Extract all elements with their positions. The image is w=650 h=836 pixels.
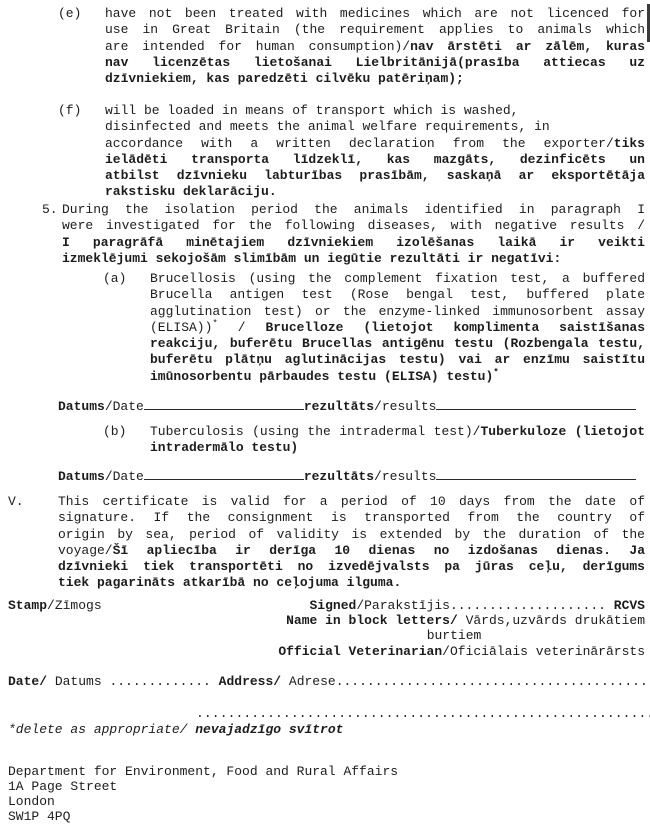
clause-f: (f) will be loaded in means of transport… xyxy=(0,103,645,201)
text-run: Stamp xyxy=(8,598,47,613)
date-blank-field xyxy=(144,466,304,480)
text-line: Date/ Datums ............. Address/ Adre… xyxy=(8,674,648,690)
text-line: dzīvniekiem, kas paredzēti cilvēku patēr… xyxy=(105,71,645,87)
text-line: disinfected and meets the animal welfare… xyxy=(105,119,645,135)
stamp-label-block: Stamp/Zīmogs xyxy=(8,598,102,614)
signature-block: Signed/Parakstījis.................... R… xyxy=(263,598,645,659)
text-run: Address/ xyxy=(219,674,281,689)
clause-e-text: have not been treated with medicines whi… xyxy=(105,6,645,87)
text-run: rakstisku deklarāciju. xyxy=(105,184,277,199)
text-run: /Parakstījis xyxy=(356,598,450,613)
text-line: ........................................… xyxy=(196,706,650,722)
results-blank-field xyxy=(436,396,636,410)
clause-e-label: (e) xyxy=(58,6,81,21)
text-run: tiks xyxy=(614,136,645,151)
text-run: Name in block letters/ xyxy=(286,613,458,628)
text-line: will be loaded in means of transport whi… xyxy=(105,103,645,119)
date-blank-field xyxy=(144,396,304,410)
text-run: have not been treated with medicines whi… xyxy=(105,6,645,21)
veterinary-certificate-page: (e) have not been treated with medicines… xyxy=(0,0,650,836)
text-run: will be loaded in means of transport whi… xyxy=(105,103,518,118)
text-run: nav ārstēti ar zālēm, kuras xyxy=(410,39,645,54)
text-run: ............. xyxy=(109,674,210,689)
text-run: *delete as appropriate/ xyxy=(8,722,195,737)
text-line: atbilst dzīvnieku labturības prasībām, s… xyxy=(105,168,645,184)
text-run: During the isolation period the animals … xyxy=(62,202,645,217)
text-run: ielādēti transporta līdzeklī, kas mazgāt… xyxy=(105,152,645,167)
text-run: /Zīmogs xyxy=(47,598,102,613)
text-run: buferētu plātņu aglutinācijas testu) vai… xyxy=(150,352,645,367)
paragraph-5: 5. During the isolation period the anima… xyxy=(0,202,645,267)
text-run: atbilst dzīvnieku labturības prasībām, s… xyxy=(105,168,645,183)
text-line: This certificate is valid for a period o… xyxy=(58,494,645,510)
clause-a-text: Brucellosis (using the complement fixati… xyxy=(150,271,645,385)
datums-label: Datums xyxy=(58,399,105,414)
text-run: nevajadzīgo svītrot xyxy=(195,722,343,737)
clause-a: (a) Brucellosis (using the complement fi… xyxy=(0,271,645,385)
text-run: I paragrāfā minētajiem dzīvniekiem izolē… xyxy=(62,235,645,250)
text-run: signature. If the consignment is transpo… xyxy=(58,510,645,525)
text-run: are intended for human consumption)/ xyxy=(105,39,410,54)
clause-b: (b) Tuberculosis (using the intradermal … xyxy=(0,424,645,457)
text-run: Brucelloze (lietojot komplimenta saistīš… xyxy=(265,320,645,335)
text-run: SW1P 4PQ xyxy=(8,809,70,824)
date-results-row-2: Datums/Daterezultāts/results xyxy=(58,466,645,485)
rezultats-label: rezultāts xyxy=(304,399,374,414)
text-run: dzīvnieki tiek transportēti no izvedējva… xyxy=(58,559,645,574)
text-run xyxy=(211,674,219,689)
text-run: accordance with a written declaration fr… xyxy=(105,136,614,151)
text-run: Šī apliecība ir derīga 10 dienas no izdo… xyxy=(113,543,645,558)
text-line: Official Veterinarian/Oficiālais veterin… xyxy=(263,644,645,659)
results-label: /results xyxy=(374,469,436,484)
text-run: reakciju, buferētu Brucellas antigēnu te… xyxy=(150,336,645,351)
text-run: Date/ xyxy=(8,674,47,689)
text-run: (ELISA)) xyxy=(150,320,212,335)
text-run: This certificate is valid for a period o… xyxy=(58,494,645,509)
text-line: Signed/Parakstījis.................... R… xyxy=(263,598,645,613)
text-run: use in Great Britain (the requirement ap… xyxy=(105,22,645,37)
text-run: voyage/ xyxy=(58,543,113,558)
text-run: ........................................… xyxy=(196,706,650,721)
text-run: origin by sea, period of validity is ext… xyxy=(58,527,645,542)
paragraph-5-label: 5. xyxy=(42,202,58,217)
text-line: 1A Page Street xyxy=(8,779,398,794)
text-run: burtiem xyxy=(427,628,482,643)
text-run: dzīvniekiem, kas paredzēti cilvēku patēr… xyxy=(105,71,464,86)
text-line: origin by sea, period of validity is ext… xyxy=(58,527,645,543)
text-line: (ELISA))* / Brucelloze (lietojot komplim… xyxy=(150,320,645,336)
paragraph-V: V. This certificate is valid for a perio… xyxy=(0,494,645,592)
text-line: voyage/Šī apliecība ir derīga 10 dienas … xyxy=(58,543,645,559)
text-line: I paragrāfā minētajiem dzīvniekiem izolē… xyxy=(62,235,645,251)
text-run: were investigated for the following dise… xyxy=(62,218,645,233)
text-run: Datums xyxy=(47,674,109,689)
text-line: SW1P 4PQ xyxy=(8,809,398,824)
text-run: * xyxy=(493,367,498,377)
paragraph-V-text: This certificate is valid for a period o… xyxy=(58,494,645,592)
text-line: dzīvnieki tiek transportēti no izvedējva… xyxy=(58,559,645,575)
text-line: burtiem xyxy=(263,628,645,643)
datums-label: Datums xyxy=(58,469,105,484)
text-run: ........................................ xyxy=(336,674,648,689)
text-run: disinfected and meets the animal welfare… xyxy=(105,119,550,134)
address-dotted-line: ........................................… xyxy=(196,706,650,722)
text-line: agglutination test) or the enzyme-linked… xyxy=(150,304,645,320)
text-run: 1A Page Street xyxy=(8,779,117,794)
text-line: Stamp/Zīmogs xyxy=(8,598,102,614)
text-run: imūnosorbentu pārbaudes testu (ELISA) te… xyxy=(150,369,493,384)
text-run: nav licenzētas lietošanai Lielbritānijā(… xyxy=(105,55,645,70)
text-line: Brucellosis (using the complement fixati… xyxy=(150,271,645,287)
text-line: izmeklējumi sekojošām slimībām un iegūti… xyxy=(62,251,645,267)
text-run: / xyxy=(218,320,266,335)
paragraph-V-label: V. xyxy=(8,494,24,509)
text-run: Official Veterinarian xyxy=(278,644,442,659)
text-line: rakstisku deklarāciju. xyxy=(105,184,645,200)
text-line: Brucella antigen test (Rose bengal test,… xyxy=(150,287,645,303)
text-run: London xyxy=(8,794,55,809)
text-line: During the isolation period the animals … xyxy=(62,202,645,218)
text-run: Tuberculosis (using the intradermal test… xyxy=(150,424,480,439)
text-line: signature. If the consignment is transpo… xyxy=(58,510,645,526)
text-line: use in Great Britain (the requirement ap… xyxy=(105,22,645,38)
text-line: were investigated for the following dise… xyxy=(62,218,645,234)
text-line: London xyxy=(8,794,398,809)
date-label: /Date xyxy=(105,399,144,414)
text-run: Adrese xyxy=(281,674,336,689)
department-address-footer: Department for Environment, Food and Rur… xyxy=(8,764,398,824)
text-line: Tuberculosis (using the intradermal test… xyxy=(150,424,645,440)
text-line: intradermālo testu) xyxy=(150,440,645,456)
text-line: buferētu plātņu aglutinācijas testu) vai… xyxy=(150,352,645,368)
delete-footnote: *delete as appropriate/ nevajadzīgo svīt… xyxy=(8,722,343,738)
text-run xyxy=(606,598,614,613)
rezultats-label: rezultāts xyxy=(304,469,374,484)
text-line: have not been treated with medicines whi… xyxy=(105,6,645,22)
results-label: /results xyxy=(374,399,436,414)
text-run: Brucella antigen test (Rose bengal test,… xyxy=(150,287,645,302)
text-line: accordance with a written declaration fr… xyxy=(105,136,645,152)
text-line: Department for Environment, Food and Rur… xyxy=(8,764,398,779)
results-blank-field xyxy=(436,466,636,480)
text-run: Tuberkuloze (lietojot xyxy=(480,424,645,439)
paragraph-5-text: During the isolation period the animals … xyxy=(62,202,645,267)
text-line: *delete as appropriate/ nevajadzīgo svīt… xyxy=(8,722,343,738)
text-run: Department for Environment, Food and Rur… xyxy=(8,764,398,779)
text-run: tiek pagarināts atkarībā no ceļojuma ilg… xyxy=(58,575,401,590)
text-line: imūnosorbentu pārbaudes testu (ELISA) te… xyxy=(150,369,645,385)
text-line: reakciju, buferētu Brucellas antigēnu te… xyxy=(150,336,645,352)
date-label: /Date xyxy=(105,469,144,484)
text-line: Name in block letters/ Vārds,uzvārds dru… xyxy=(263,613,645,628)
text-run: /Oficiālais veterinārārsts xyxy=(442,644,645,659)
text-run: Signed xyxy=(310,598,357,613)
clause-f-text: will be loaded in means of transport whi… xyxy=(105,103,645,201)
text-run: Vārds,uzvārds drukātiem xyxy=(458,613,645,628)
clause-b-text: Tuberculosis (using the intradermal test… xyxy=(150,424,645,457)
clause-a-label: (a) xyxy=(103,271,126,286)
text-line: are intended for human consumption)/nav … xyxy=(105,39,645,55)
text-run: Brucellosis (using the complement fixati… xyxy=(150,271,645,286)
text-run: RCVS xyxy=(614,598,645,613)
date-address-row: Date/ Datums ............. Address/ Adre… xyxy=(8,674,648,690)
text-run: .................... xyxy=(450,598,606,613)
text-run: izmeklējumi sekojošām slimībām un iegūti… xyxy=(62,251,561,266)
text-run: intradermālo testu) xyxy=(150,440,298,455)
clause-b-label: (b) xyxy=(103,424,126,439)
text-line: ielādēti transporta līdzeklī, kas mazgāt… xyxy=(105,152,645,168)
text-line: nav licenzētas lietošanai Lielbritānijā(… xyxy=(105,55,645,71)
text-line: tiek pagarināts atkarībā no ceļojuma ilg… xyxy=(58,575,645,591)
date-results-row-1: Datums/Daterezultāts/results xyxy=(58,396,645,415)
clause-f-label: (f) xyxy=(58,103,81,118)
clause-e: (e) have not been treated with medicines… xyxy=(0,6,645,87)
text-run: agglutination test) or the enzyme-linked… xyxy=(150,304,645,319)
